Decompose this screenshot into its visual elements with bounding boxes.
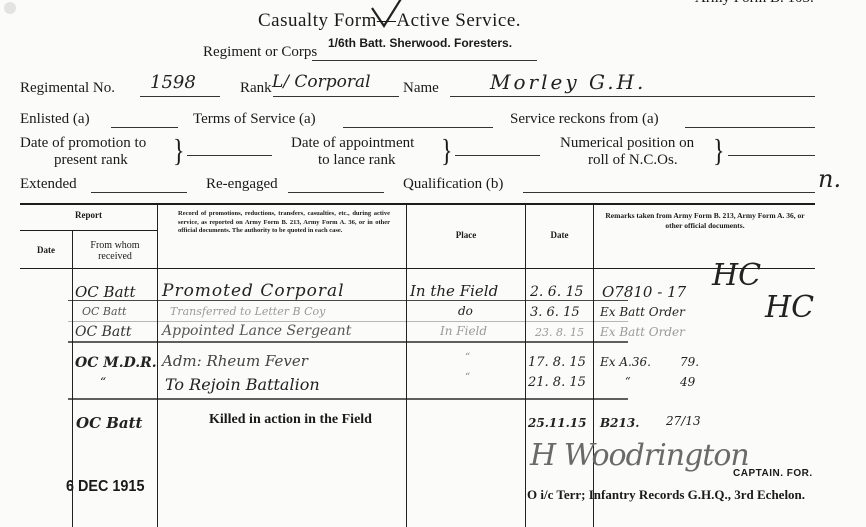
appointment-field[interactable]: [455, 155, 540, 156]
regimental-no-underline: [140, 96, 220, 97]
row-rule: [68, 398, 628, 400]
promotion-label-2: present rank: [54, 152, 128, 169]
reengaged-label: Re-engaged: [206, 176, 278, 193]
row-from: OC Batt: [75, 283, 136, 301]
row-place: “: [465, 352, 470, 363]
name-underline: [450, 96, 815, 97]
brace: }: [713, 139, 725, 165]
row-from: OC Batt: [75, 324, 132, 340]
row-ref: 49: [680, 375, 695, 389]
row-date2: 21. 8. 15: [528, 375, 586, 390]
regiment-label: Regiment or Corps: [203, 44, 317, 61]
promotion-field[interactable]: [187, 155, 272, 156]
row-from: OC Batt: [82, 305, 126, 318]
rank-label: Rank: [240, 80, 272, 97]
office-label: O i/c Terr; Infantry Records G.H.Q., 3rd…: [527, 487, 805, 503]
row-place: In the Field: [410, 282, 498, 300]
row-place: do: [458, 304, 473, 318]
terms-label: Terms of Service (a): [193, 111, 316, 128]
regiment-value: 1/6th Batt. Sherwood. Foresters.: [328, 36, 512, 50]
row-place: “: [465, 372, 470, 383]
row-ref: 79.: [680, 355, 699, 369]
row-ref: 27/13: [666, 414, 701, 428]
qualification-mark: n.: [818, 165, 841, 193]
col-divider-date2: [593, 204, 594, 527]
row-from: “: [100, 375, 106, 389]
row-remarks: Ex Batt Order: [600, 305, 685, 319]
row-remarks: “: [625, 375, 631, 388]
brace: }: [173, 139, 185, 165]
col-divider-place: [525, 204, 526, 527]
header-record: Record of promotions, reductions, transf…: [178, 210, 390, 236]
brace: }: [441, 139, 453, 165]
row-record: Killed in action in the Field: [209, 412, 372, 428]
promotion-label-1: Date of promotion to: [20, 135, 146, 152]
enlisted-label: Enlisted (a): [20, 111, 90, 128]
row-rule: [68, 300, 628, 301]
numerical-label-1: Numerical position on: [560, 135, 694, 152]
row-record: Appointed Lance Sergeant: [162, 323, 351, 339]
row-record: Transferred to Letter B Coy: [170, 305, 325, 318]
qualification-label: Qualification (b): [403, 176, 503, 193]
regiment-underline: [312, 60, 537, 61]
row-from: OC M.D.R.: [75, 355, 157, 371]
paper-stain: [4, 2, 16, 14]
col-divider-from: [157, 204, 158, 527]
header-place: Place: [407, 230, 525, 240]
extended-field[interactable]: [91, 192, 187, 193]
row-date2: 25.11.15: [528, 416, 586, 430]
col-divider-record: [406, 204, 407, 527]
header-date: Date: [20, 245, 72, 255]
date-stamp: 6 DEC 1915: [66, 478, 144, 496]
row-date2: 3. 6. 15: [530, 305, 580, 320]
row-date2: 2. 6. 15: [530, 284, 583, 300]
form-number: Army Form B. 103.: [695, 0, 814, 7]
numerical-field[interactable]: [728, 155, 815, 156]
captain-label: CAPTAIN. FOR.: [733, 468, 813, 479]
initials-1: HC: [712, 258, 761, 293]
service-reckons-label: Service reckons from (a): [510, 111, 659, 128]
table-top-border: [20, 203, 815, 205]
rank-value[interactable]: L/ Corporal: [272, 72, 371, 92]
row-record: Adm: Rheum Fever: [162, 352, 308, 370]
extended-label: Extended: [20, 176, 77, 193]
row-record: To Rejoin Battalion: [165, 375, 320, 394]
row-date2: 23. 8. 15: [535, 326, 584, 339]
form-title: Casualty Form—Active Service.: [258, 10, 521, 32]
row-date2: 17. 8. 15: [528, 355, 586, 370]
numerical-label-2: roll of N.C.Os.: [588, 152, 678, 169]
header-bottom-border: [20, 268, 815, 269]
service-reckons-field[interactable]: [685, 127, 815, 128]
regimental-no-value[interactable]: 1598: [150, 72, 196, 93]
header-report: Report: [20, 210, 157, 220]
row-remarks: Ex A.36.: [600, 355, 651, 369]
qualification-field[interactable]: [523, 192, 815, 193]
regimental-no-label: Regimental No.: [20, 80, 115, 97]
signature: H Woodrington: [530, 438, 749, 473]
row-remarks: O7810 - 17: [602, 283, 686, 301]
row-rule: [68, 321, 628, 322]
reengaged-field[interactable]: [288, 192, 384, 193]
header-date2: Date: [526, 230, 593, 240]
terms-field[interactable]: [343, 127, 493, 128]
name-value[interactable]: Morley G.H.: [490, 70, 646, 94]
row-place: In Field: [440, 324, 487, 338]
row-from: OC Batt: [76, 414, 142, 432]
header-from-whom: From whom received: [73, 240, 157, 262]
report-divider: [20, 230, 157, 231]
rank-underline: [273, 96, 399, 97]
initials-2: HC: [765, 290, 814, 325]
enlisted-field[interactable]: [111, 127, 178, 128]
appointment-label-1: Date of appointment: [291, 135, 414, 152]
row-remarks: B213.: [600, 416, 639, 430]
row-remarks: Ex Batt Order: [600, 325, 685, 339]
appointment-label-2: to lance rank: [318, 152, 395, 169]
header-remarks: Remarks taken from Army Form B. 213, Arm…: [605, 211, 805, 230]
name-label: Name: [403, 80, 439, 97]
row-rule: [68, 341, 628, 343]
row-record: Promoted Corporal: [162, 281, 345, 301]
